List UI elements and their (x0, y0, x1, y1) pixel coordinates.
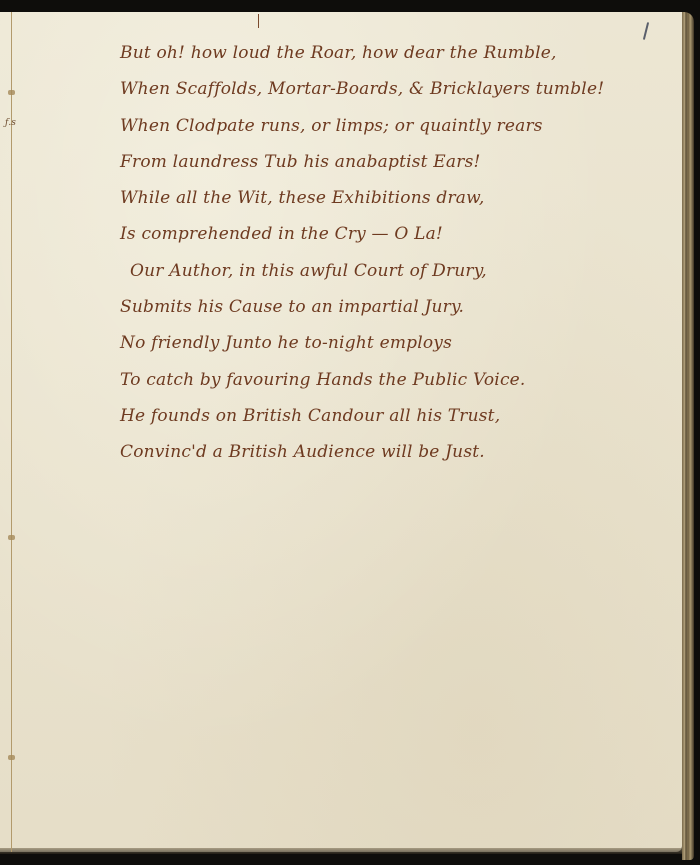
verse-line: But oh! how loud the Roar, how dear the … (120, 38, 680, 74)
verse-line: From laundress Tub his anabaptist Ears! (120, 147, 680, 183)
page-right-edge (682, 12, 694, 860)
verse-line: When Clodpate runs, or limps; or quaintl… (120, 111, 680, 147)
verse-line: No friendly Junto he to-night employs (120, 328, 680, 364)
manuscript-text: But oh! how loud the Roar, how dear the … (120, 38, 680, 474)
verse-line: Our Author, in this awful Court of Drury… (120, 256, 680, 292)
verse-line: Submits his Cause to an impartial Jury. (120, 292, 680, 328)
document-viewer: ƒ.s But oh! how loud the Roar, how dear … (0, 0, 700, 865)
verse-line: Convinc'd a British Audience will be Jus… (120, 437, 680, 473)
verse-line: He founds on British Candour all his Tru… (120, 401, 680, 437)
verse-line: When Scaffolds, Mortar-Boards, & Brickla… (120, 74, 680, 110)
verse-line: While all the Wit, these Exhibitions dra… (120, 183, 680, 219)
stitch-hole (8, 755, 15, 760)
verse-line: To catch by favouring Hands the Public V… (120, 365, 680, 401)
stitch-hole (8, 90, 15, 95)
verse-line: Is comprehended in the Cry — O La! (120, 219, 680, 255)
margin-note: ƒ.s (5, 118, 16, 128)
page-bottom-edge (0, 848, 690, 854)
stitch-hole (8, 535, 15, 540)
ink-tick-mark (258, 14, 259, 28)
binding-stitch-line (11, 12, 12, 852)
